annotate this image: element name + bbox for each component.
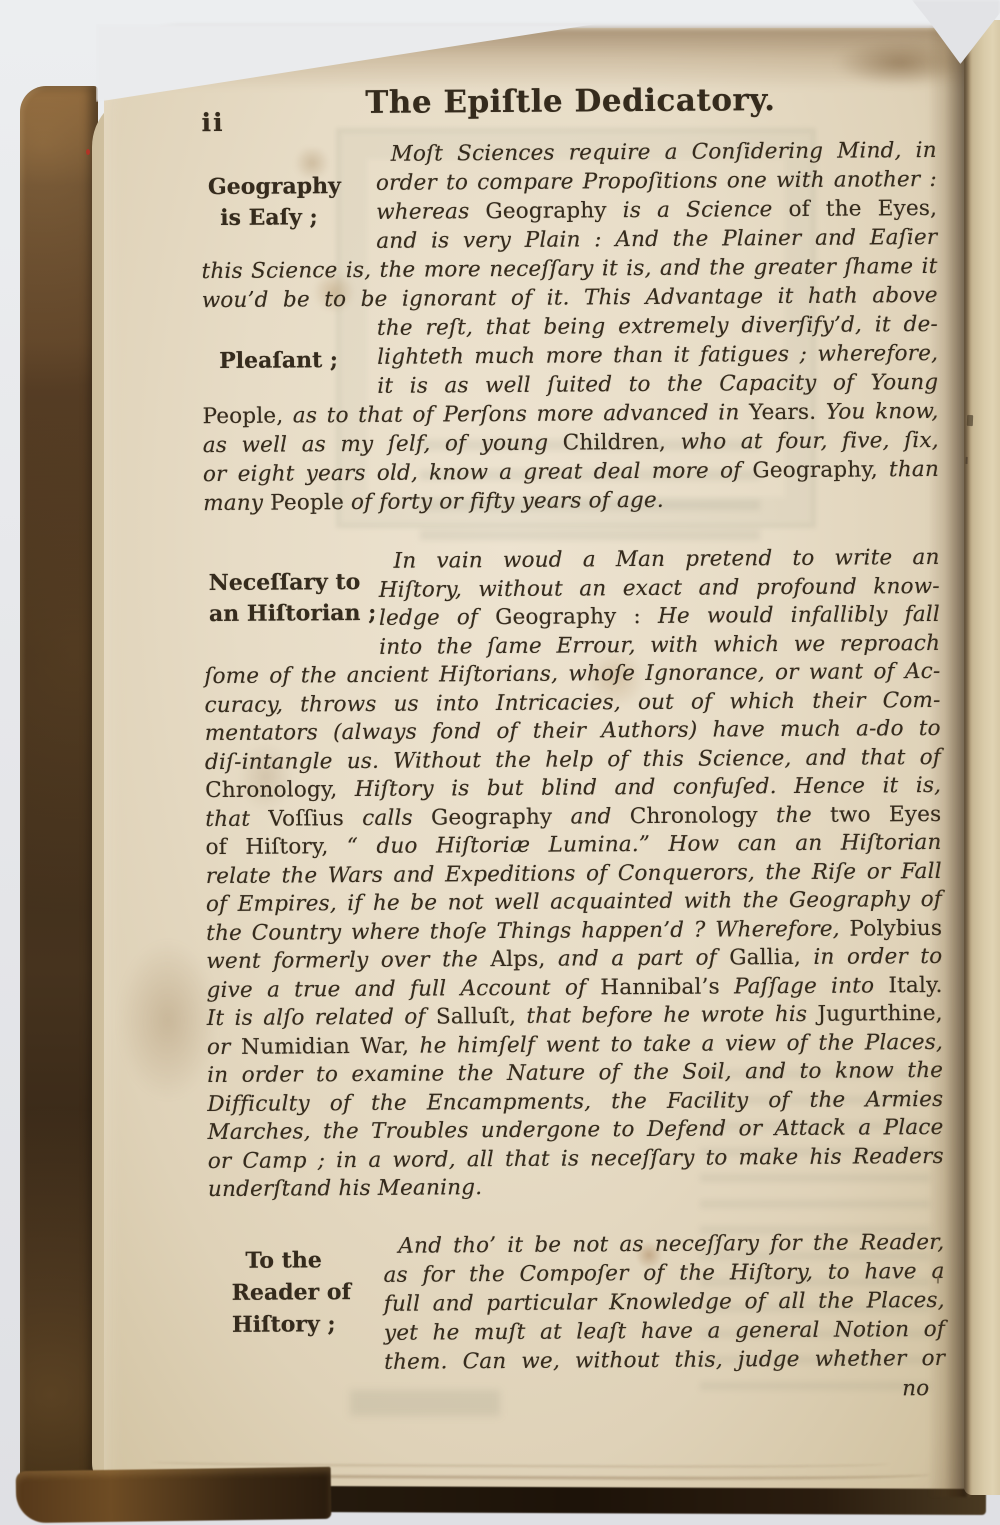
text-segment: Geography <box>485 198 606 224</box>
text-segment: wou’d be to be ignorant of it. This Adva… <box>202 283 938 313</box>
text-segment: and is very Plain : And the Plainer and … <box>376 225 937 254</box>
text-segment: as well as my ſelf, of young <box>203 431 563 459</box>
text-segment: into the ſame Errour, with which we repr… <box>379 630 940 659</box>
text-line: went formerly over the Alps, and a part … <box>206 943 942 977</box>
text-segment: or eight years old, know a great deal mo… <box>203 458 753 487</box>
text-segment: went formerly over the <box>206 947 490 974</box>
paragraph-necessary-historian: In vain woud a Man pretend to write anHi… <box>204 544 945 1205</box>
text-segment: in order to <box>801 944 943 970</box>
text-segment: and a part of <box>545 945 729 971</box>
text-segment: Moſt Sciences require a Conſidering Mind… <box>391 138 937 167</box>
text-segment: of Empires, if he be not well acquainted… <box>206 887 942 917</box>
text-segment: of the Eyes, <box>788 196 937 222</box>
text-segment: is a Science <box>607 197 789 223</box>
text-line: mentators (always fond of their Authors)… <box>205 715 941 749</box>
text-line: In vain woud a Man pretend to write an <box>204 544 940 578</box>
text-segment: two Eyes <box>830 801 941 827</box>
text-line: of Hiſtory, “ duo Hiſtoriæ Lumina.” How … <box>205 829 941 863</box>
text-segment: full and particular Knowledge of all the… <box>384 1287 945 1316</box>
text-segment: in order to examine the Nature of the So… <box>207 1058 943 1088</box>
text-line: And tho’ it be not as neceſſary for the … <box>208 1227 944 1261</box>
text-segment: Geography : <box>495 604 641 630</box>
page-header: The Epiſtle Dedicatory. <box>205 81 935 122</box>
text-line: many People of forty or fifty years of a… <box>203 484 939 518</box>
text-segment: Salluſt, <box>436 1004 516 1030</box>
text-segment: Chronology, <box>205 777 337 803</box>
text-segment: lighteth much more than it fatigues ; wh… <box>377 341 938 370</box>
text-segment: Chronology <box>630 803 758 829</box>
text-segment: You know, <box>816 399 938 425</box>
text-segment: Voſſius <box>268 806 344 832</box>
text-segment: Marches, the Troubles undergone to Defen… <box>207 1115 943 1145</box>
text-segment: he himſelf went to take a view of the Pl… <box>409 1029 943 1058</box>
text-segment: And tho’ it be not as neceſſary for the … <box>398 1229 944 1258</box>
text-segment: Hiſtory is but blind and confuſed. Hence… <box>337 773 941 802</box>
text-segment: Years. <box>749 400 816 425</box>
text-line: them. Can we, without this, judge whethe… <box>209 1343 945 1377</box>
text-segment: Hannibal’s <box>600 974 720 1000</box>
text-segment: Hiſtory, without an exact and profound k… <box>379 573 940 602</box>
body-text-column: Moſt Sciences require a Conſidering Mind… <box>201 136 946 1408</box>
text-segment: diſ-intangle us. Without the help of thi… <box>205 744 941 774</box>
text-segment: and <box>552 804 630 830</box>
text-line: Marches, the Troubles undergone to Defen… <box>207 1114 943 1148</box>
text-line: of Empires, if he be not well acquainted… <box>206 886 942 920</box>
text-segment: calls <box>344 805 431 831</box>
catchword: no <box>209 1373 945 1407</box>
text-segment: the <box>758 802 830 828</box>
text-segment: In vain woud a Man pretend to write an <box>394 545 940 574</box>
text-segment: Jugurthine, <box>817 1001 942 1027</box>
book-photo: ii The Epiſtle Dedicatory. Geography is … <box>0 0 1000 1525</box>
paragraph-geography-easy: Moſt Sciences require a Conſidering Mind… <box>201 136 940 518</box>
text-segment: the reſt, that being extremely diverſify… <box>377 312 938 341</box>
text-segment: that <box>205 806 268 831</box>
text-segment: them. Can we, without this, judge whethe… <box>384 1345 945 1374</box>
text-line: It is alſo related of Salluſt, that befo… <box>207 1000 943 1034</box>
text-segment: or <box>207 1034 241 1059</box>
text-segment: whereas <box>376 199 485 225</box>
text-segment: relate the Wars and Expeditions of Conqu… <box>206 858 942 888</box>
text-segment: People <box>270 490 344 516</box>
text-segment: Children, <box>563 430 666 456</box>
text-segment: It is alſo related of <box>207 1004 436 1031</box>
text-segment: as to that of Perſons more advanced in <box>283 400 749 428</box>
text-line: as for the Compoſer of the Hiſtory, to h… <box>208 1256 944 1290</box>
text-segment: of forty or fifty years of age. <box>344 488 664 515</box>
text-segment: Alps, <box>490 947 545 972</box>
text-segment: underſtand his Meaning. <box>208 1175 482 1202</box>
text-segment: give a true and full Account of <box>206 975 600 1003</box>
text-segment: of Hiſtory, <box>205 834 328 860</box>
text-segment: mentators (always fond of their Authors)… <box>205 716 941 746</box>
text-line: full and particular Knowledge of all the… <box>209 1285 945 1319</box>
text-segment: ſome of the ancient Hiſtorians, whoſe Ig… <box>204 659 940 689</box>
paragraph-reader-history: And tho’ it be not as neceſſary for the … <box>208 1227 945 1377</box>
leather-bottom-corner <box>16 1467 332 1523</box>
text-segment: Gallia, <box>729 945 801 970</box>
gutter-shadow <box>928 26 970 1497</box>
text-segment: People, <box>202 404 283 430</box>
text-segment: “ duo Hiſtoriæ Lumina.” How can an Hiſto… <box>328 830 941 859</box>
text-segment: who at four, five, ſix, <box>666 428 939 455</box>
text-segment: curacy, throws us into Intricacies, out … <box>205 687 941 717</box>
text-segment: order to compare Propoſitions one with a… <box>376 167 937 196</box>
text-segment: the Country where thoſe Things happen’d … <box>206 916 849 945</box>
text-segment: ledge of <box>379 605 495 631</box>
text-line: Chronology, Hiſtory is but blind and con… <box>205 772 941 806</box>
text-line: yet he muſt at leaſt have a general Noti… <box>209 1314 945 1348</box>
text-segment: He would infallibly fall <box>641 602 940 629</box>
text-line: ledge of Geography : He would infallibly… <box>204 601 940 635</box>
text-segment: Difficulty of the Encampments, the Facil… <box>207 1086 943 1116</box>
text-segment: Numidian War, <box>241 1033 409 1059</box>
text-segment: as for the Compoſer of the Hiſtory, to h… <box>383 1258 944 1287</box>
text-line: underſtand his Meaning. <box>208 1171 944 1205</box>
text-segment: this Science is, the more neceſſary it i… <box>201 254 937 284</box>
text-line: or Camp ; in a word, all that is neceſſa… <box>208 1142 944 1176</box>
text-segment: yet he muſt at leaſt have a general Noti… <box>384 1316 945 1345</box>
text-segment: that before he wrote his <box>516 1002 817 1029</box>
text-segment: many <box>203 491 270 516</box>
text-line: ſome of the ancient Hiſtorians, whoſe Ig… <box>204 658 940 692</box>
text-line: in order to examine the Nature of the So… <box>207 1057 943 1091</box>
printed-content: ii The Epiſtle Dedicatory. Geography is … <box>0 0 1000 1525</box>
text-segment: Geography, <box>752 457 878 483</box>
text-line: or eight years old, know a great deal mo… <box>203 455 939 489</box>
text-segment: Geography <box>431 804 552 830</box>
text-segment: it is as well ſuited to the Capacity of … <box>377 370 938 399</box>
text-segment: or Camp ; in a word, all that is neceſſa… <box>208 1143 944 1173</box>
text-segment: Paſſage into <box>720 973 889 999</box>
